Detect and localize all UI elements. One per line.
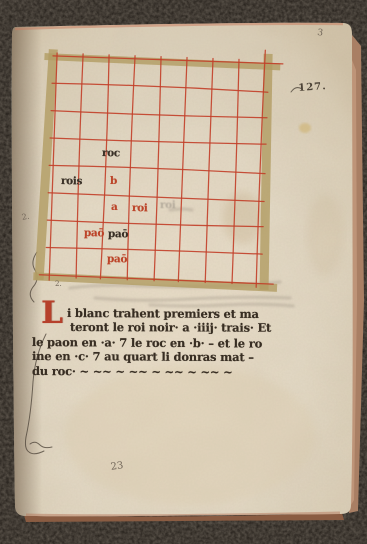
erased-piece-label: roi: [160, 199, 176, 211]
text-line-2: teront le roi noir· a ·iiij· trais· Et: [70, 320, 271, 335]
text-line-1: i blanc trahent premiers et ma: [67, 306, 259, 321]
piece-label-roc: roc: [102, 147, 120, 159]
margin-mark-upper: 2.: [21, 212, 30, 222]
square-letter-a: a: [111, 201, 118, 213]
manuscript-photo: roc rois b a roi paō paō paō roi 3 127. …: [0, 0, 367, 544]
folio-mark: 3: [317, 28, 324, 39]
piece-label-roi: roi: [132, 202, 148, 214]
piece-label-rois: rois: [61, 175, 82, 187]
square-letter-b: b: [110, 175, 117, 187]
text-line-4: ine en ·c· 7 au quart li donras mat –: [32, 349, 254, 364]
margin-mark-lower: 2.: [55, 280, 62, 288]
piece-label-pao-3: paō: [107, 253, 127, 265]
problem-number: 127.: [298, 81, 327, 94]
pencil-page-number: 23: [110, 460, 124, 473]
decorated-initial: L: [41, 299, 63, 327]
piece-label-pao-1: paō: [84, 227, 104, 239]
piece-label-pao-2: paō: [108, 228, 128, 240]
text-line-5: du roc· ~ ~~ ~ ~~ ~ ~~ ~ ~~ ~: [32, 364, 233, 379]
